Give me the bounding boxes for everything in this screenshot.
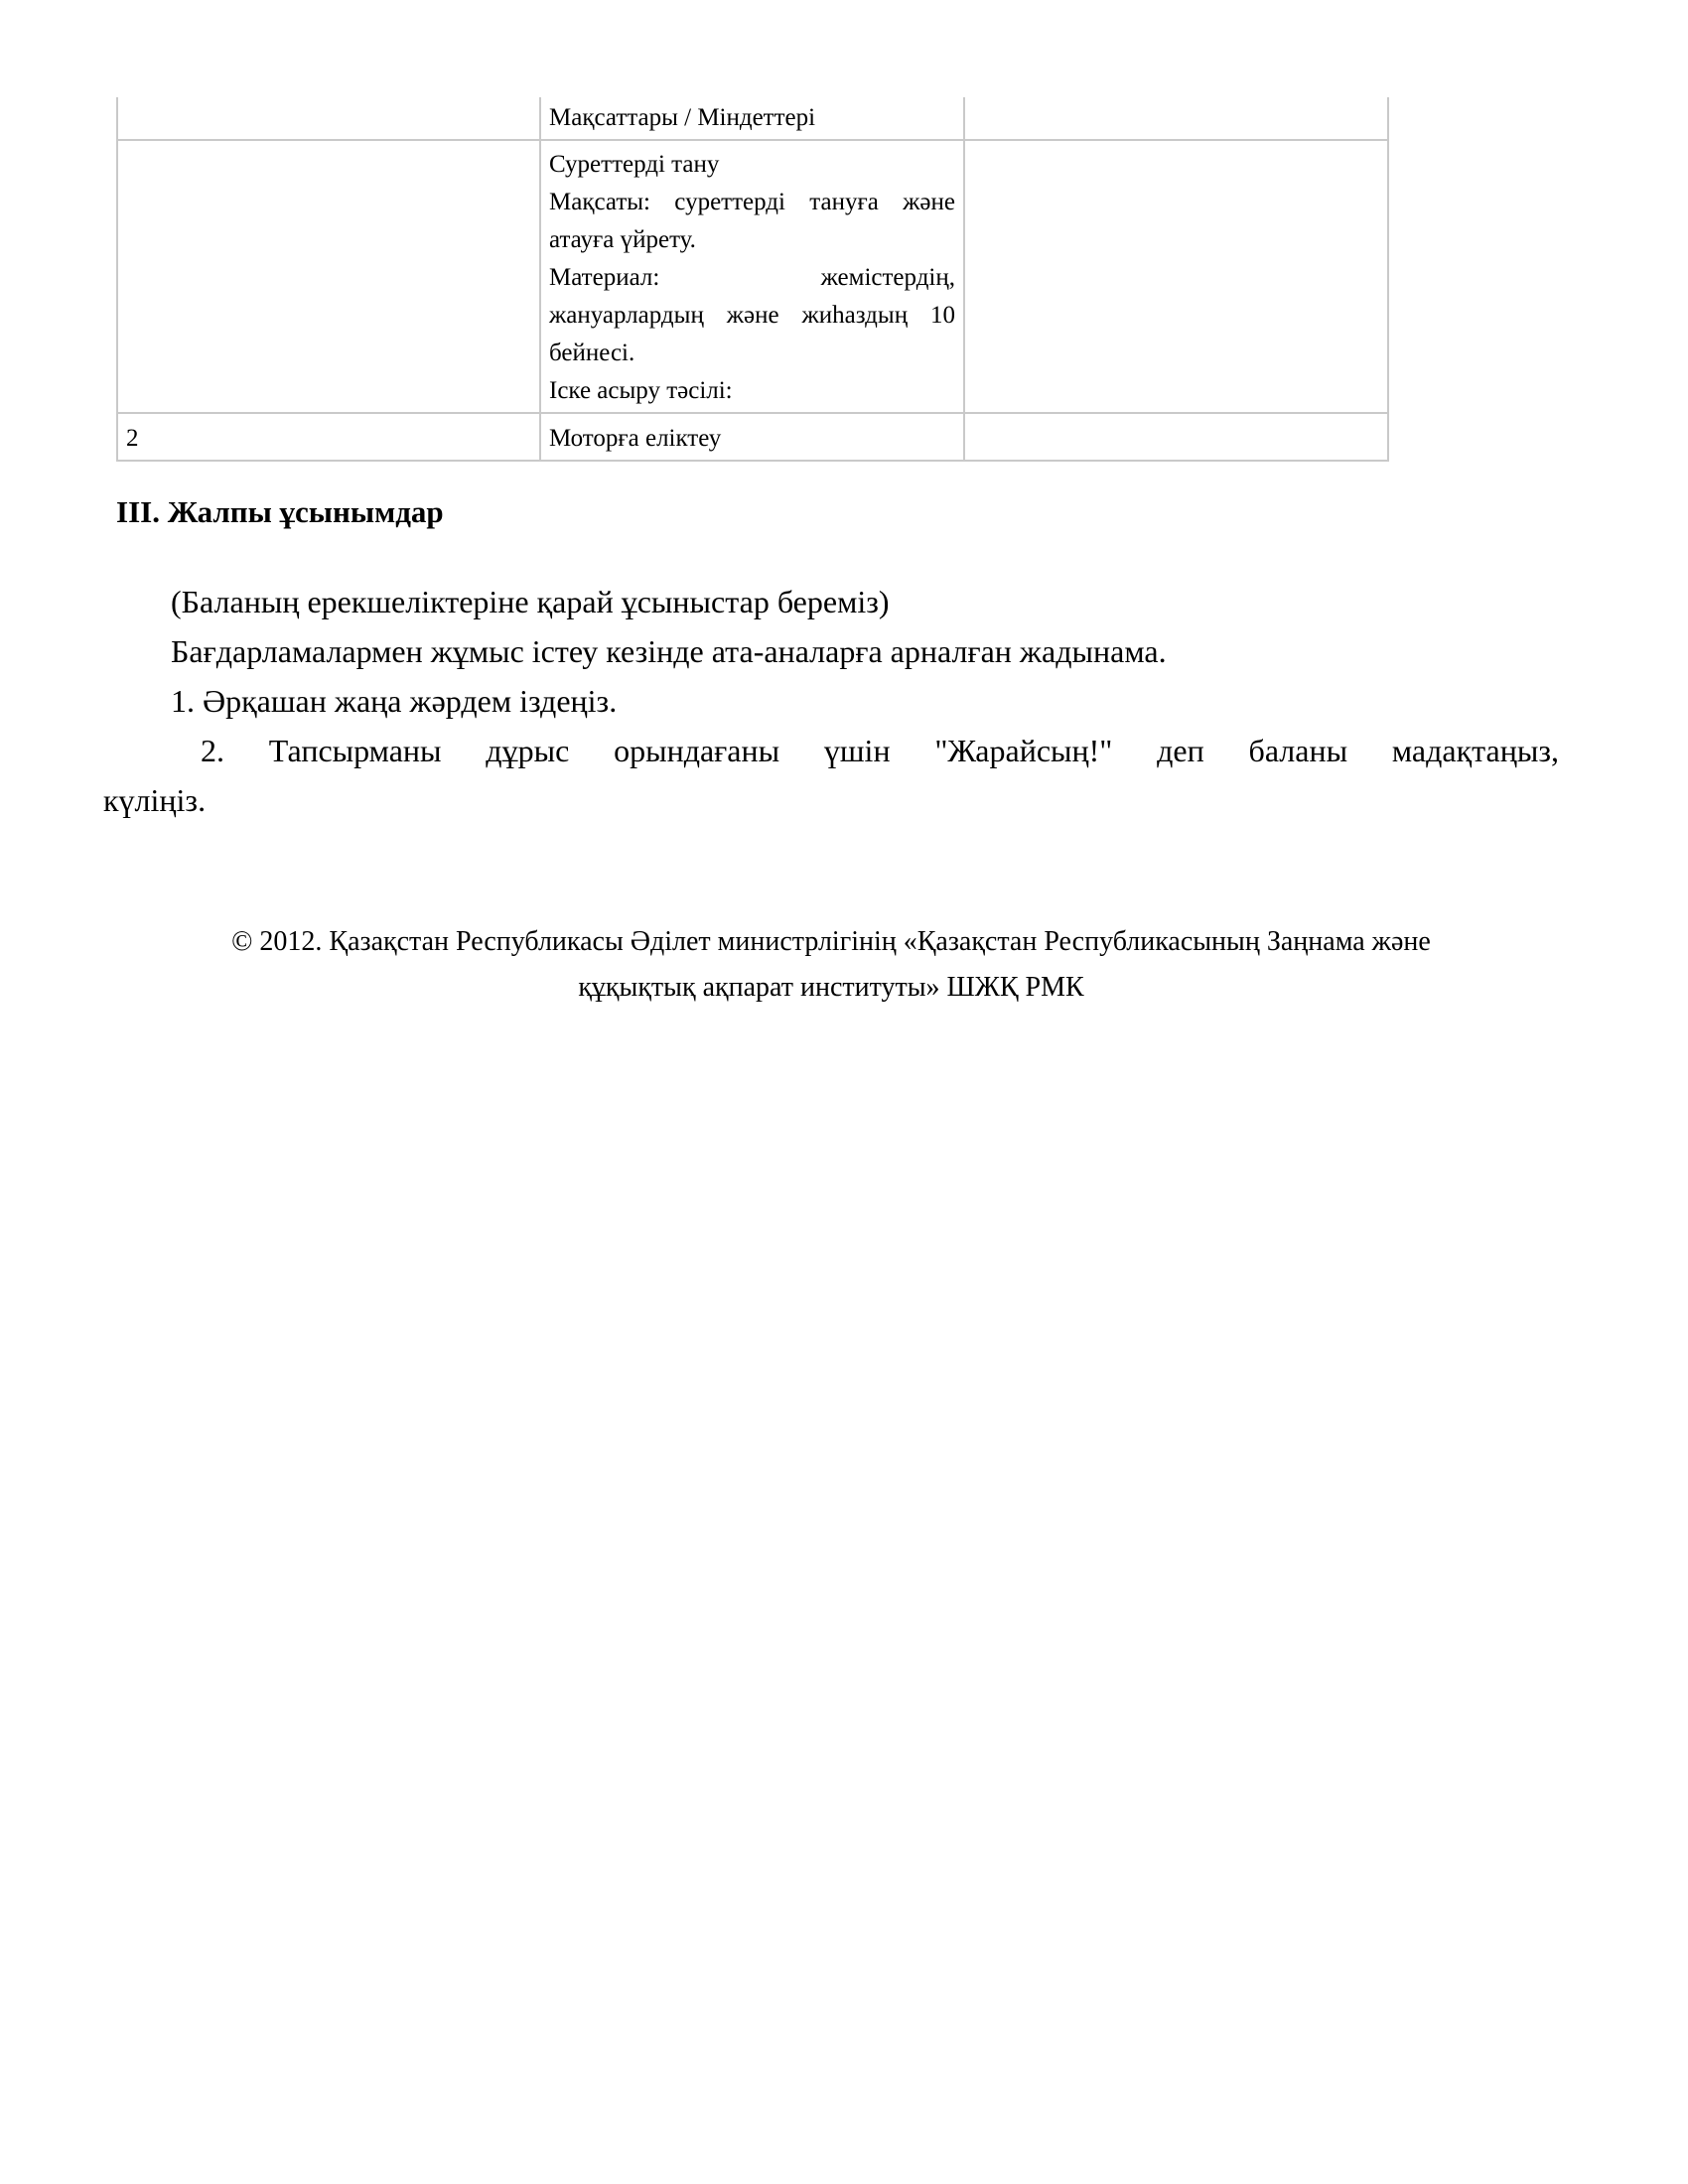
activity-line: атауға үйрету.: [549, 221, 955, 259]
activity-line: Суреттерді тану: [549, 146, 955, 184]
motor-cell-number: 2: [117, 413, 540, 461]
table-row-header: Мақсаттары / Міндеттері: [117, 97, 1388, 140]
copyright-line-1: © 2012. Қазақстан Республикасы Әділет ми…: [103, 919, 1559, 965]
activity-cell-note: [964, 140, 1388, 413]
paragraph-remark: (Баланың ерекшеліктеріне қарай ұсыныстар…: [103, 577, 1559, 626]
header-cell-note: [964, 97, 1388, 140]
activity-cell-description: Суреттерді тану Мақсаты: суреттерді тану…: [540, 140, 964, 413]
paragraph-item-2-line-2: күліңіз.: [103, 775, 1559, 825]
table-row-motor: 2 Моторға еліктеу: [117, 413, 1388, 461]
activity-line: жануарлардың және жиһаздың 10: [549, 297, 955, 335]
copyright-notice: © 2012. Қазақстан Республикасы Әділет ми…: [103, 919, 1559, 1011]
table-row-activity: Суреттерді тану Мақсаты: суреттерді тану…: [117, 140, 1388, 413]
header-cell-number: [117, 97, 540, 140]
paragraph-item-1: 1. Әрқашан жаңа жәрдем іздеңіз.: [103, 676, 1559, 726]
program-table: Мақсаттары / Міндеттері Суреттерді тану …: [116, 97, 1389, 462]
motor-cell-note: [964, 413, 1388, 461]
activity-line: Материал: жемістердің,: [549, 259, 955, 297]
section-body: (Баланың ерекшеліктеріне қарай ұсыныстар…: [103, 577, 1559, 825]
motor-cell-title: Моторға еліктеу: [540, 413, 964, 461]
section-heading: III. Жалпы ұсынымдар: [116, 490, 444, 534]
paragraph-memo: Бағдарламалармен жұмыс істеу кезінде ата…: [103, 626, 1559, 676]
header-cell-goals: Мақсаттары / Міндеттері: [540, 97, 964, 140]
activity-line: бейнесі.: [549, 335, 955, 372]
activity-cell-number: [117, 140, 540, 413]
paragraph-item-2-line-1: 2. Тапсырманы дұрыс орындағаны үшін "Жар…: [103, 726, 1559, 775]
activity-line: Мақсаты: суреттерді тануға және: [549, 184, 955, 221]
activity-line: Іске асыру тәсілі:: [549, 372, 955, 410]
document-page: Мақсаттары / Міндеттері Суреттерді тану …: [0, 0, 1688, 2184]
copyright-line-2: құқықтық ақпарат институты» ШЖҚ РМК: [103, 965, 1559, 1011]
